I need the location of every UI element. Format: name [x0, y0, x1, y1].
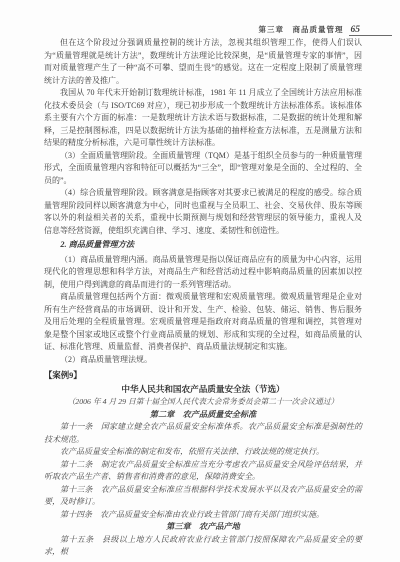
subheading-quality-methods: 2. 商品质量管理方法: [44, 239, 362, 252]
case-passed-note: （2006 年 4 月 29 日第十届全国人民代表大会常务委员会第二十一次会议通…: [44, 396, 362, 409]
page-header: 第三章 商品质量管理65: [44, 19, 392, 37]
paragraph-integrated-stage: （4）综合质量管理阶段。顾客满意是指顾客对其要求已被满足的程度的感受。综合质量管…: [44, 187, 362, 237]
paragraph-quality-definition: （1）商品质量管理内涵。商品质量管理是指以保证商品应有的质量为中心内容，运用现代…: [44, 254, 362, 292]
case-article-12: 第十二条 制定农产品质量安全标准应当充分考虑农产品质量安全风险评估结果，并听取农…: [44, 459, 362, 484]
book-page: 第三章 商品质量管理65 但在这个阶段过分强调质量控制的统计方法，忽视其组织管理…: [0, 0, 400, 562]
running-head: 第三章 商品质量管理: [259, 25, 344, 34]
case-article-11-cont: 农产品质量安全标准的制定和发布，依照有关法律、行政法规的规定执行。: [44, 446, 362, 459]
paragraph-china-standards: 我国从 70 年代末开始制订数理统计标准，1981 年 11 月成立了全国统计方…: [44, 87, 362, 150]
case-chapter2-heading: 第二章 农产品质量安全标准: [44, 409, 362, 422]
case-title: 中华人民共和国农产品质量安全法（节选）: [44, 383, 362, 396]
paragraph-tqm-stage: （3）全面质量管理阶段。全面质量管理（TQM）是基于组织全员参与的一种质量管理形…: [44, 150, 362, 188]
case-article-11: 第十一条 国家建立健全农产品质量安全标准体系。农产品质量安全标准是强制性的技术规…: [44, 421, 362, 446]
paragraph-micro-macro: 商品质量管理包括两个方面：微观质量管理和宏观质量管理。微观质量管理是企业对所有生…: [44, 291, 362, 354]
paragraph-regulations: （2）商品质量管理法规。: [44, 354, 362, 367]
case-article-15: 第十五条 县级以上地方人民政府农业行政主管部门按照保障农产品质量安全的要求，根: [44, 534, 362, 559]
page-number-rule: [362, 34, 392, 36]
case-article-13: 第十三条 农产品质量安全标准应当根据科学技术发展水平以及农产品质量安全的需要，及…: [44, 484, 362, 509]
page-number: 65: [349, 25, 363, 36]
paragraph-stat-methods: 但在这个阶段过分强调质量控制的统计方法，忽视其组织管理工作，使得人们误认为“质量…: [44, 37, 362, 87]
case-article-14: 第十四条 农产品质量安全标准由农业行政主管部门商有关部门组织实施。: [44, 509, 362, 522]
case-label: 【案例9】: [44, 369, 362, 382]
case-chapter3-heading: 第三章 农产品产地: [44, 521, 362, 534]
page-content: 但在这个阶段过分强调质量控制的统计方法，忽视其组织管理工作，使得人们误认为“质量…: [44, 37, 362, 559]
